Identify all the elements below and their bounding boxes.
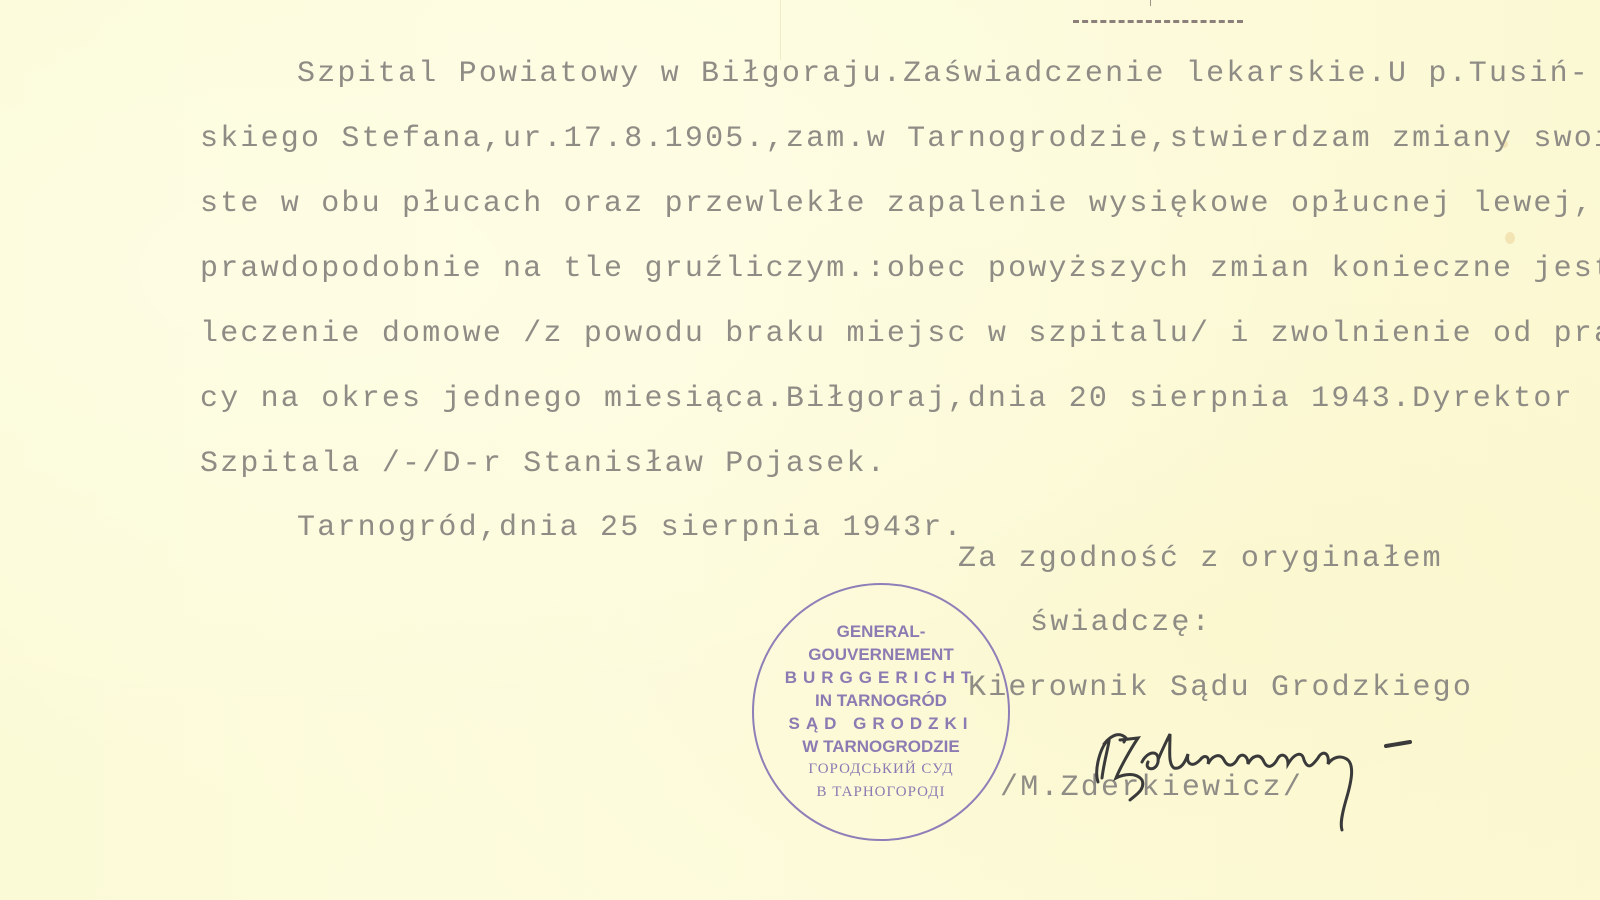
paragraph-line-3: ste w obu płucach oraz przewlekłe zapale… [200,186,1594,222]
paragraph-line-4: prawdopodobnie na tle gruźliczym.:obec p… [200,251,1600,287]
paragraph-line-5: leczenie domowe /z powodu braku miejsc w… [200,316,1600,352]
stamp-line: ГОРОДСЬКИЙ СУД [808,758,953,781]
stamp-line: SĄD GRODZKI [789,712,974,735]
place-date: Tarnogród,dnia 25 sierpnia 1943r. [297,510,964,546]
certification-line-2: świadczę: [1030,605,1212,641]
handwritten-signature [1090,720,1450,840]
paper-stain [1505,232,1515,244]
paragraph-line-1: Szpital Powiatowy w Biłgoraju.Zaświadcze… [297,56,1590,92]
stamp-line: GOUVERNEMENT [808,643,953,666]
top-mark [1150,0,1151,6]
paper-fold [780,0,781,60]
court-head-title: Kierownik Sądu Grodzkiego [968,670,1473,706]
court-stamp: GENERAL- GOUVERNEMENT BURGGERICHT IN TAR… [752,583,1010,841]
stamp-line: W TARNOGRODZIE [802,735,959,758]
certification-line-1: Za zgodność z oryginałem [958,541,1443,577]
stamp-line: IN TARNOGRÓD [815,689,947,712]
stamp-line: В ТАРНОГОРОДІ [817,781,946,804]
stamp-line: BURGGERICHT [785,666,978,689]
paragraph-line-2: skiego Stefana,ur.17.8.1905.,zam.w Tarno… [200,121,1600,157]
paragraph-line-7: Szpitala /-/D-r Stanisław Pojasek. [200,446,887,482]
paragraph-line-6: cy na okres jednego miesiąca.Biłgoraj,dn… [200,381,1574,417]
stamp-line: GENERAL- [837,620,926,643]
heading-underline [1073,20,1243,27]
